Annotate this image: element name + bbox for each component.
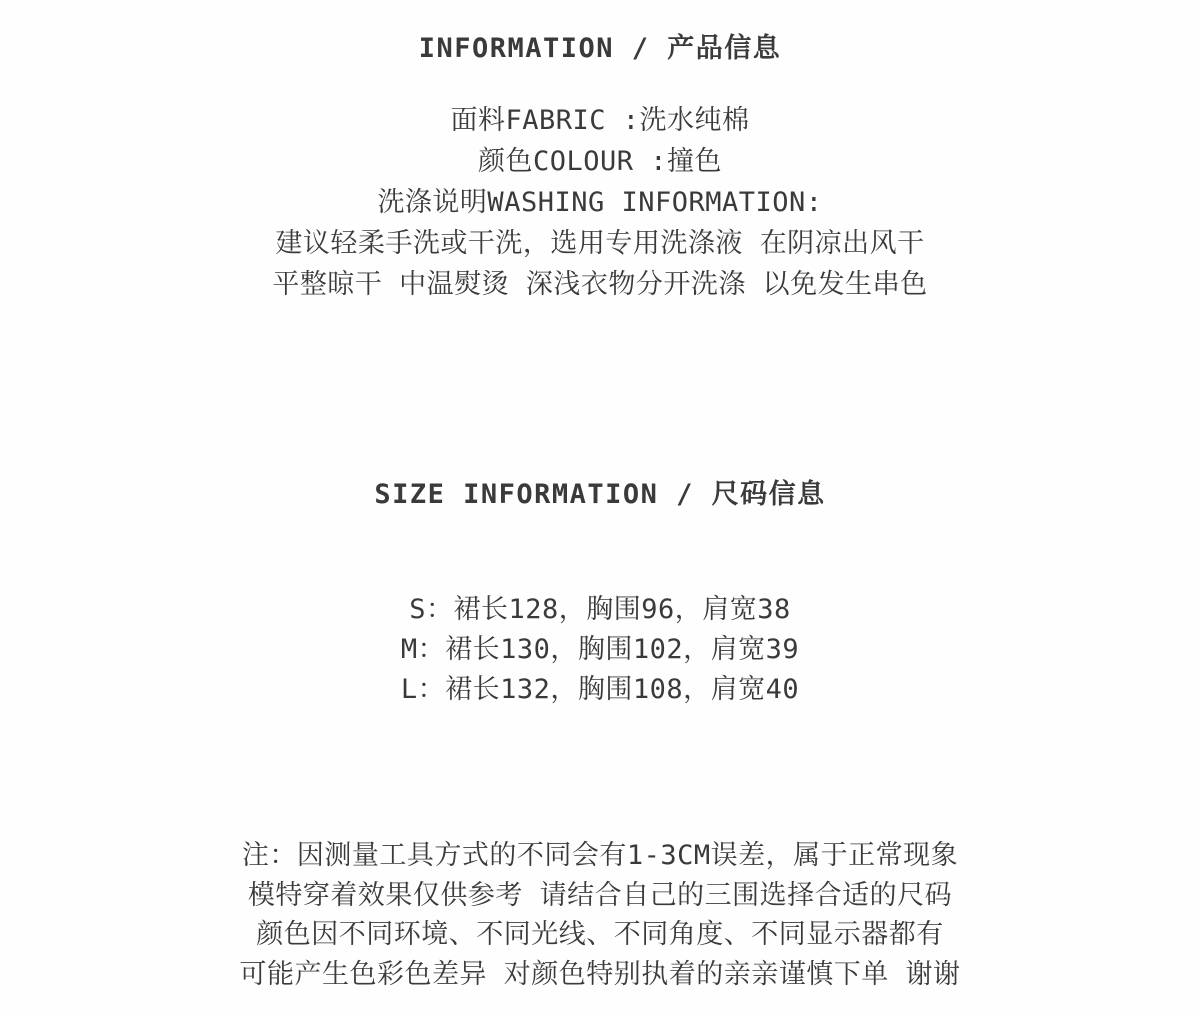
note-line-4: 可能产生色彩色差异 对颜色特别执着的亲亲谨慎下单 谢谢 [0,955,1200,995]
notes-block: 注：因测量工具方式的不同会有1-3CM误差，属于正常现象 模特穿着效果仅供参考 … [0,836,1200,994]
washing-title: 洗涤说明WASHING INFORMATION: [0,182,1200,223]
information-section-header: INFORMATION / 产品信息 [0,26,1200,65]
note-line-3: 颜色因不同环境、不同光线、不同角度、不同显示器都有 [0,915,1200,955]
product-info-block: 面料FABRIC :洗水纯棉 颜色COLOUR :撞色 洗涤说明WASHING … [0,100,1200,305]
size-row-l: L：裙长132，胸围108，肩宽40 [0,670,1200,710]
size-row-m: M：裙长130，胸围102，肩宽39 [0,630,1200,670]
washing-instruction-line-1: 建议轻柔手洗或干洗，选用专用洗涤液 在阴凉出风干 [0,223,1200,264]
fabric-line: 面料FABRIC :洗水纯棉 [0,100,1200,141]
washing-instruction-line-2: 平整晾干 中温熨烫 深浅衣物分开洗涤 以免发生串色 [0,264,1200,305]
product-detail-page: INFORMATION / 产品信息 面料FABRIC :洗水纯棉 颜色COLO… [0,0,1200,1014]
size-info-block: S：裙长128，胸围96，肩宽38 M：裙长130，胸围102，肩宽39 L：裙… [0,590,1200,710]
note-line-1: 注：因测量工具方式的不同会有1-3CM误差，属于正常现象 [0,836,1200,876]
note-line-2: 模特穿着效果仅供参考 请结合自己的三围选择合适的尺码 [0,876,1200,916]
colour-line: 颜色COLOUR :撞色 [0,141,1200,182]
size-row-s: S：裙长128，胸围96，肩宽38 [0,590,1200,630]
size-section-header: SIZE INFORMATION / 尺码信息 [0,472,1200,511]
